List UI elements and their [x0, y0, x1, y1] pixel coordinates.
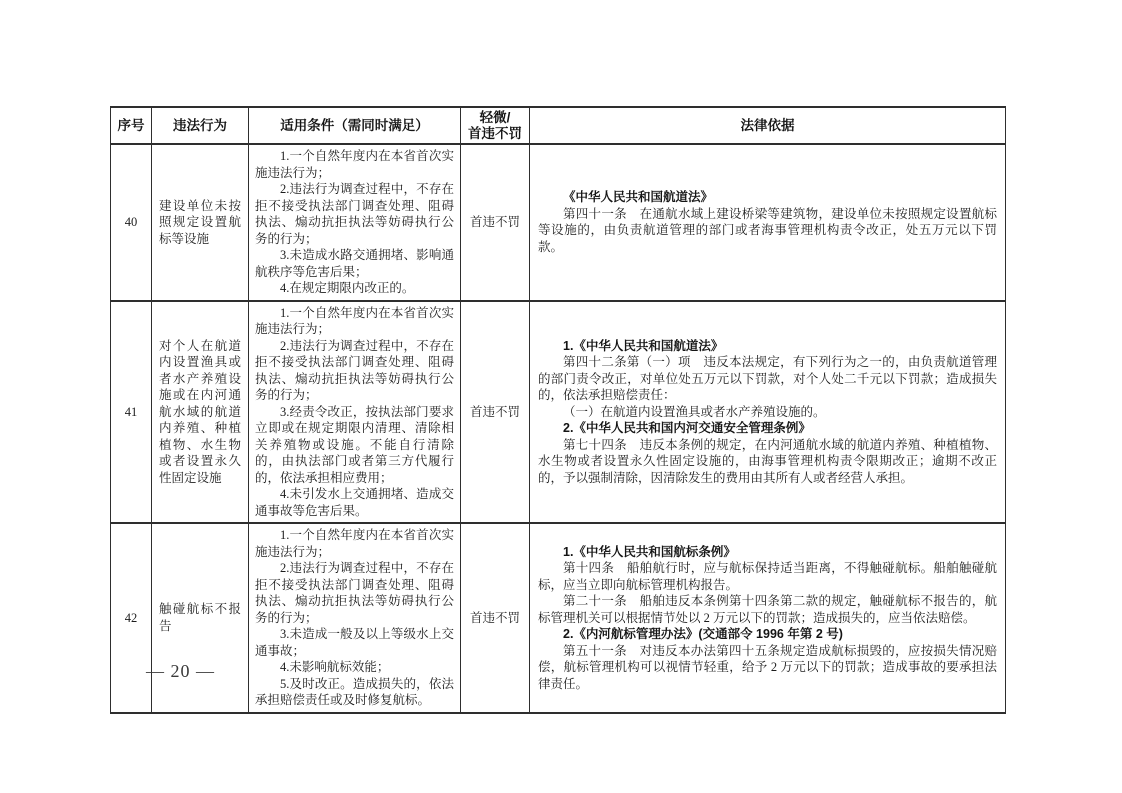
table-row: 40 建设单位未按照规定设置航标等设施 1.一个自然年度内在本省首次实施违法行为…: [111, 144, 1006, 301]
law-title: 2.《中华人民共和国内河交通安全管理条例》: [538, 420, 997, 437]
cell-penalty: 首违不罚: [461, 144, 530, 301]
condition-item: 4.未影响航标效能；: [255, 659, 454, 676]
table-row: 41 对个人在航道内设置渔具或者水产养殖设施或在内河通航水域的航道内养殖、种植植…: [111, 301, 1006, 524]
condition-item: 4.未引发水上交通拥堵、造成交通事故等危害后果。: [255, 486, 454, 519]
table-row: 42 触碰航标不报告 1.一个自然年度内在本省首次实施违法行为； 2.违法行为调…: [111, 523, 1006, 713]
condition-item: 3.未造成一般及以上等级水上交通事故；: [255, 626, 454, 659]
cell-conditions: 1.一个自然年度内在本省首次实施违法行为； 2.违法行为调查过程中，不存在拒不接…: [249, 523, 461, 713]
table-header-row: 序号 违法行为 适用条件（需同时满足） 轻微/ 首违不罚 法律依据: [111, 107, 1006, 144]
condition-item: 4.在规定期限内改正的。: [255, 280, 454, 297]
page-number: — 20 —: [146, 661, 215, 682]
document-page: 序号 违法行为 适用条件（需同时满足） 轻微/ 首违不罚 法律依据 40 建设单…: [0, 0, 1122, 793]
condition-item: 1.一个自然年度内在本省首次实施违法行为；: [255, 305, 454, 338]
cell-penalty: 首违不罚: [461, 301, 530, 524]
condition-item: 2.违法行为调查过程中，不存在拒不接受执法部门调查处理、阻碍执法、煽动抗拒执法等…: [255, 560, 454, 626]
column-header-behavior: 违法行为: [152, 107, 249, 144]
cell-conditions: 1.一个自然年度内在本省首次实施违法行为； 2.违法行为调查过程中，不存在拒不接…: [249, 144, 461, 301]
law-title: 2.《内河航标管理办法》(交通部令 1996 年第 2 号): [538, 626, 997, 643]
condition-item: 2.违法行为调查过程中，不存在拒不接受执法部门调查处理、阻碍执法、煽动抗拒执法等…: [255, 181, 454, 247]
cell-conditions: 1.一个自然年度内在本省首次实施违法行为； 2.违法行为调查过程中，不存在拒不接…: [249, 301, 461, 524]
condition-item: 3.经责令改正，按执法部门要求立即或在规定期限内清理、清除相关养殖物或设施。不能…: [255, 404, 454, 487]
cell-penalty: 首违不罚: [461, 523, 530, 713]
column-header-conditions: 适用条件（需同时满足）: [249, 107, 461, 144]
law-paragraph: 第十四条 船舶航行时，应与航标保持适当距离，不得触碰航标。船舶触碰航标，应当立即…: [538, 560, 997, 593]
law-paragraph: （一）在航道内设置渔具或者水产养殖设施的。: [538, 404, 997, 421]
cell-behavior: 触碰航标不报告: [152, 523, 249, 713]
cell-behavior: 对个人在航道内设置渔具或者水产养殖设施或在内河通航水域的航道内养殖、种植植物、水…: [152, 301, 249, 524]
law-title: 1.《中华人民共和国航标条例》: [538, 544, 997, 561]
column-header-index: 序号: [111, 107, 152, 144]
condition-item: 2.违法行为调查过程中，不存在拒不接受执法部门调查处理、阻碍执法、煽动抗拒执法等…: [255, 338, 454, 404]
condition-item: 1.一个自然年度内在本省首次实施违法行为；: [255, 148, 454, 181]
cell-legal-basis: 《中华人民共和国航道法》 第四十一条 在通航水域上建设桥梁等建筑物，建设单位未按…: [530, 144, 1006, 301]
law-paragraph: 第七十四条 违反本条例的规定，在内河通航水域的航道内养殖、种植植物、水生物或者设…: [538, 437, 997, 487]
condition-item: 1.一个自然年度内在本省首次实施违法行为；: [255, 527, 454, 560]
cell-legal-basis: 1.《中华人民共和国航标条例》 第十四条 船舶航行时，应与航标保持适当距离，不得…: [530, 523, 1006, 713]
cell-behavior: 建设单位未按照规定设置航标等设施: [152, 144, 249, 301]
law-paragraph: 第二十一条 船舶违反本条例第十四条第二款的规定，触碰航标不报告的，航标管理机关可…: [538, 593, 997, 626]
condition-item: 3.未造成水路交通拥堵、影响通航秩序等危害后果；: [255, 247, 454, 280]
cell-index: 40: [111, 144, 152, 301]
condition-item: 5.及时改正。造成损失的，依法承担赔偿责任或及时修复航标。: [255, 676, 454, 709]
law-title: 1.《中华人民共和国航道法》: [538, 338, 997, 355]
regulation-table: 序号 违法行为 适用条件（需同时满足） 轻微/ 首违不罚 法律依据 40 建设单…: [110, 106, 1006, 714]
cell-legal-basis: 1.《中华人民共和国航道法》 第四十二条第（一）项 违反本法规定，有下列行为之一…: [530, 301, 1006, 524]
cell-index: 42: [111, 523, 152, 713]
cell-index: 41: [111, 301, 152, 524]
law-title: 《中华人民共和国航道法》: [538, 189, 997, 206]
law-paragraph: 第四十一条 在通航水域上建设桥梁等建筑物，建设单位未按照规定设置航标等设施的，由…: [538, 206, 997, 256]
law-paragraph: 第五十一条 对违反本办法第四十五条规定造成航标损毁的，应按损失情况赔偿，航标管理…: [538, 643, 997, 693]
column-header-penalty: 轻微/ 首违不罚: [461, 107, 530, 144]
column-header-legal-basis: 法律依据: [530, 107, 1006, 144]
law-paragraph: 第四十二条第（一）项 违反本法规定，有下列行为之一的，由负责航道管理的部门责令改…: [538, 354, 997, 404]
